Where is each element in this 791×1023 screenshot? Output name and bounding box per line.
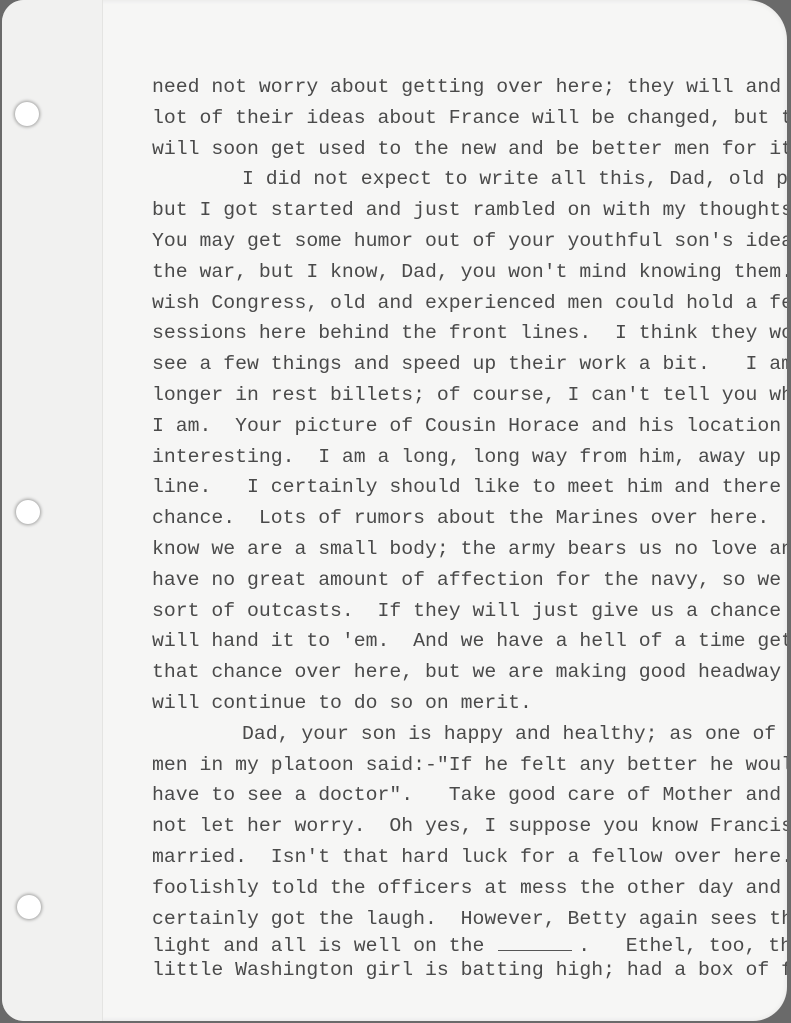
text-line: little Washington girl is batting high; … bbox=[152, 958, 752, 982]
text-line: the war, but I know, Dad, you won't mind… bbox=[152, 257, 752, 288]
text-line: lot of their ideas about France will be … bbox=[152, 103, 752, 134]
text-line: have to see a doctor". Take good care of… bbox=[152, 780, 752, 811]
text-line-with-blank: light and all is well on the . Ethel, to… bbox=[152, 934, 752, 958]
text-segment: . Ethel, too, the bbox=[578, 935, 787, 957]
text-line: I am. Your picture of Cousin Horace and … bbox=[152, 411, 752, 442]
text-line: sort of outcasts. If they will just give… bbox=[152, 596, 752, 627]
text-line: will continue to do so on merit. bbox=[152, 688, 752, 719]
paragraph-start-line: I did not expect to write all this, Dad,… bbox=[152, 164, 752, 195]
text-segment: light and all is well on the bbox=[152, 935, 484, 957]
text-line: sessions here behind the front lines. I … bbox=[152, 318, 752, 349]
text-line: will soon get used to the new and be bet… bbox=[152, 134, 752, 165]
paragraph-start-line: Dad, your son is happy and healthy; as o… bbox=[152, 719, 752, 750]
text-line: wish Congress, old and experienced men c… bbox=[152, 288, 752, 319]
text-line: men in my platoon said:-"If he felt any … bbox=[152, 750, 752, 781]
text-line: will hand it to 'em. And we have a hell … bbox=[152, 626, 752, 657]
text-line: longer in rest billets; of course, I can… bbox=[152, 380, 752, 411]
text-line: not let her worry. Oh yes, I suppose you… bbox=[152, 811, 752, 842]
text-line: see a few things and speed up their work… bbox=[152, 349, 752, 380]
text-line: know we are a small body; the army bears… bbox=[152, 534, 752, 565]
text-line: married. Isn't that hard luck for a fell… bbox=[152, 842, 752, 873]
text-line: that chance over here, but we are making… bbox=[152, 657, 752, 688]
redacted-blank-line bbox=[498, 936, 572, 951]
text-line: You may get some humor out of your youth… bbox=[152, 226, 752, 257]
letter-page: need not worry about getting over here; … bbox=[2, 0, 787, 1021]
text-line: chance. Lots of rumors about the Marines… bbox=[152, 503, 752, 534]
punch-hole-top bbox=[15, 102, 39, 126]
punch-hole-middle bbox=[16, 500, 40, 524]
text-line: but I got started and just rambled on wi… bbox=[152, 195, 752, 226]
text-line: line. I certainly should like to meet hi… bbox=[152, 472, 752, 503]
text-line: have no great amount of affection for th… bbox=[152, 565, 752, 596]
text-line: certainly got the laugh. However, Betty … bbox=[152, 904, 752, 935]
punch-hole-bottom bbox=[17, 895, 41, 919]
text-line: need not worry about getting over here; … bbox=[152, 72, 752, 103]
text-line: interesting. I am a long, long way from … bbox=[152, 442, 752, 473]
letter-body: need not worry about getting over here; … bbox=[152, 72, 752, 982]
text-line: foolishly told the officers at mess the … bbox=[152, 873, 752, 904]
